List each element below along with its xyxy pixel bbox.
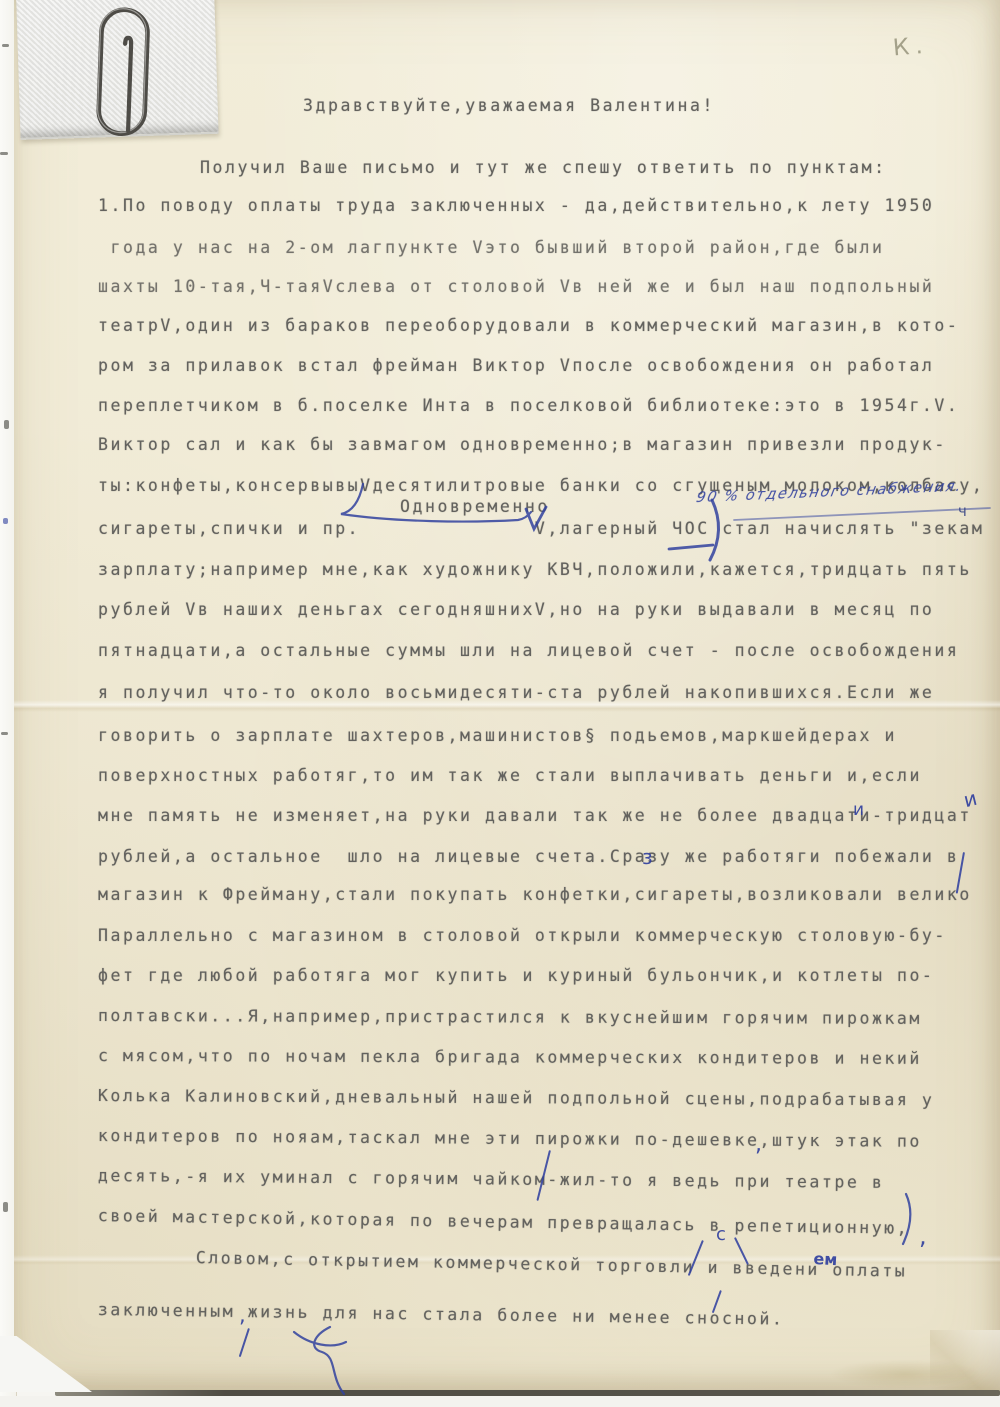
typed-line: поверхностных работяг,то им так же стали… <box>98 766 922 785</box>
typed-line: переплетчиком в б.поселке Инта в поселко… <box>98 396 959 415</box>
dvadtsati-fix: и <box>853 800 864 820</box>
repetition-comma: , <box>919 1222 927 1250</box>
scan-speck <box>2 44 9 47</box>
paper-clip-icon <box>83 0 178 154</box>
scan-speck <box>1 732 8 735</box>
typed-line: Виктор сал и как бы завмагом одновременн… <box>98 435 947 454</box>
pencil-smudge <box>830 1360 980 1388</box>
typed-line: зарплату;например мне,как художнику КВЧ,… <box>98 560 972 579</box>
zhizn-comma: , <box>239 1303 246 1327</box>
typed-line: полтавски...Я,например,пристрастился к в… <box>98 1006 922 1028</box>
typed-line: говорить о зарплате шахтеров,машинистов§… <box>98 726 897 745</box>
scan-speck <box>3 518 8 524</box>
scan-speck <box>4 420 9 429</box>
typed-line: 1.По поводу оплаты труда заключенных - д… <box>98 196 934 215</box>
typed-line: магазин к Фрейману,стали покупать конфет… <box>98 885 972 904</box>
zekam-mark: ч <box>958 502 967 520</box>
typed-line: Параллельно с магазином в столовой откры… <box>98 926 947 945</box>
letter-heading: Здравствуйте,уважаемая Валентина! <box>303 96 715 115</box>
typed-line: я получил что-то около восьмидесяти-ста … <box>98 683 934 702</box>
scanner-background-bottom <box>0 1396 1000 1407</box>
typed-line: пятнадцати,а остальные суммы шли на лице… <box>98 641 959 660</box>
srazu-fix: з <box>642 845 653 869</box>
corner-mark: К. <box>892 32 930 61</box>
typed-line: мне память не изменяет,на руки давали та… <box>98 806 972 825</box>
typed-line: ром за прилавок встал фрейман Виктор Vпо… <box>98 356 934 375</box>
scan-speck <box>3 1202 8 1212</box>
deshevke-comma: , <box>755 1132 762 1157</box>
letter-opening: Получил Ваше письмо и тут же спешу ответ… <box>200 158 887 177</box>
typed-line: фет где любой работяга мог купить и кури… <box>98 966 934 985</box>
vvedeni-fix: ем <box>813 1249 838 1269</box>
typed-line: сигареты,спички и пр. V,лагерный ЧОС ста… <box>98 519 984 538</box>
scan-speck <box>0 152 8 155</box>
typed-line: рублей Vв наших деньгах сегодняшнихV,но … <box>98 600 934 619</box>
typed-line: театрV,один из бараков переоборудовали в… <box>98 316 959 335</box>
typed-line: года у нас на 2-ом лагпункте Vэто бывший… <box>98 238 884 257</box>
typed-line: с мясом,что по ночам пекла бригада комме… <box>98 1046 922 1068</box>
inserted-word: Одновременно <box>400 497 550 516</box>
typed-line: рублей,а остальное шло на лицевые счета.… <box>98 847 959 866</box>
typed-line: шахты 10-тая,Ч-таяVслева от столовой Vв … <box>98 277 934 296</box>
scanned-letter-page: К. Здравствуйте,уважаемая Валентина! Пол… <box>0 0 1000 1407</box>
slovom-insert: с <box>716 1224 726 1245</box>
